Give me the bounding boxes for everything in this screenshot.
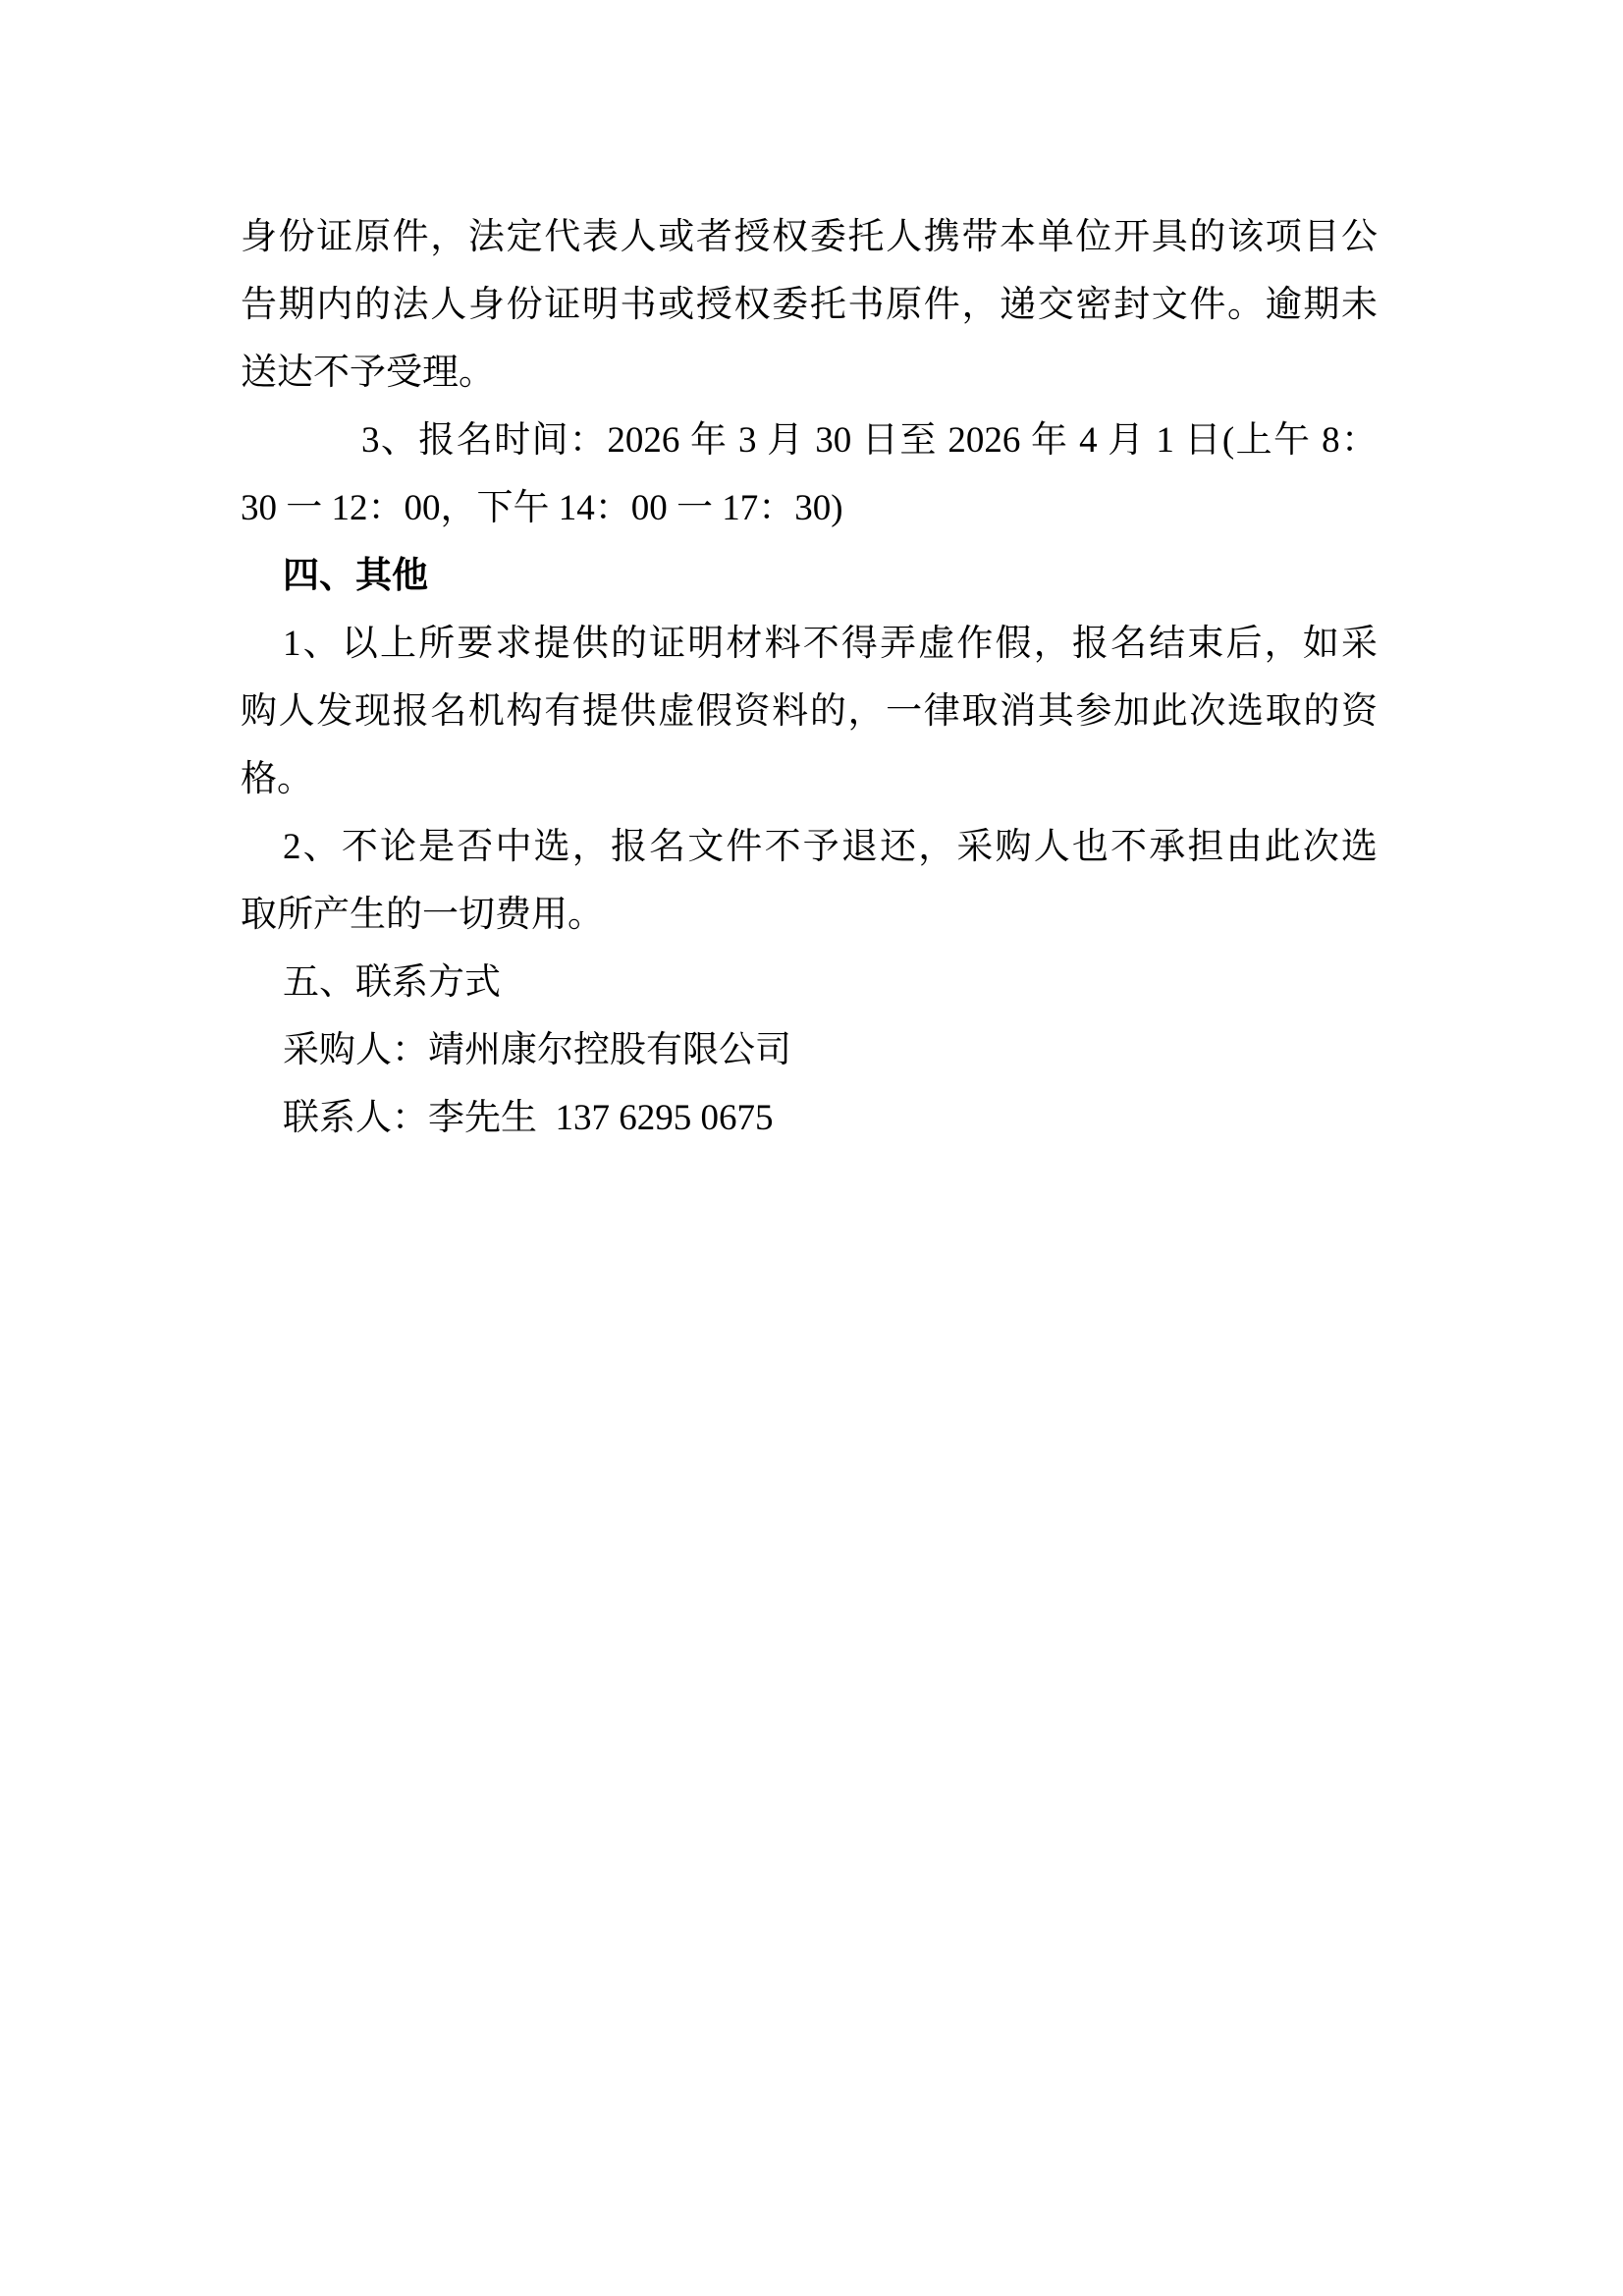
purchaser-line: 采购人：靖州康尔控股有限公司 [241, 1016, 1378, 1084]
text-line: 告期内的法人身份证明书或授权委托书原件，递交密封文件。逾期未 [241, 271, 1378, 339]
text-line: 30 一 12：00，下午 14：00 一 17：30) [241, 474, 1378, 542]
document-body: 身份证原件，法定代表人或者授权委托人携带本单位开具的该项目公告期内的法人身份证明… [241, 203, 1378, 1152]
text-line: 1、以上所要求提供的证明材料不得弄虚作假，报名结束后，如采 [241, 610, 1378, 678]
document-page: 身份证原件，法定代表人或者授权委托人携带本单位开具的该项目公告期内的法人身份证明… [0, 0, 1623, 2296]
text-line: 2、不论是否中选，报名文件不予退还，采购人也不承担由此次选 [241, 813, 1378, 881]
text-line: 格。 [241, 745, 1378, 813]
text-line: 购人发现报名机构有提供虚假资料的，一律取消其参加此次选取的资 [241, 678, 1378, 745]
contact-phone-line: 联系人：李先生 137 6295 0675 [241, 1084, 1378, 1152]
text-line: 3、报名时间：2026 年 3 月 30 日至 2026 年 4 月 1 日(上… [241, 407, 1378, 474]
text-line: 取所产生的一切费用。 [241, 881, 1378, 949]
text-line: 送达不予受理。 [241, 339, 1378, 407]
section-heading: 五、联系方式 [241, 949, 1378, 1016]
section-heading: 四、其他 [241, 542, 1378, 610]
text-line: 身份证原件，法定代表人或者授权委托人携带本单位开具的该项目公 [241, 203, 1378, 271]
